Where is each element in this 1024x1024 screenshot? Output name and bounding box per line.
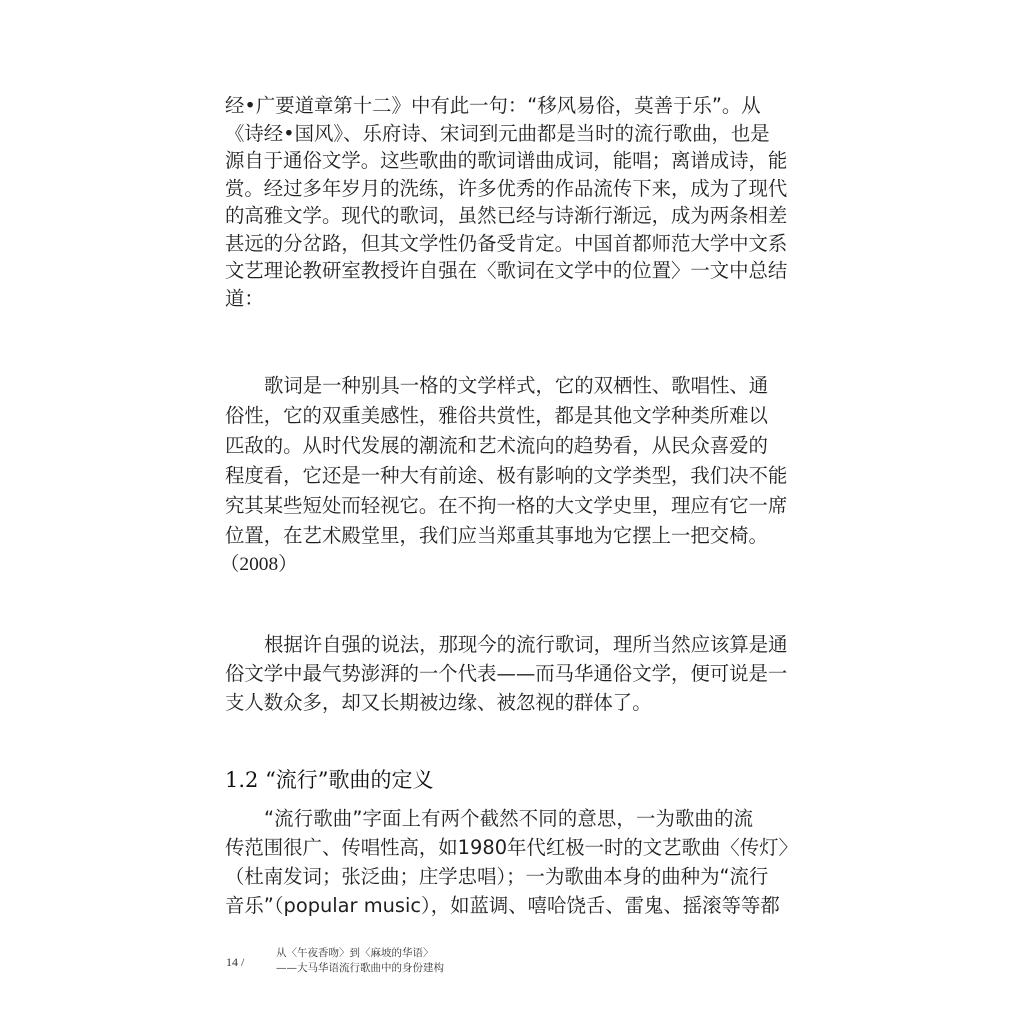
text-line: 根据许自强的说法，那现今的流行歌词，理所当然应该算是通	[225, 631, 753, 659]
page-number: 14 /	[226, 955, 244, 970]
text-line: 俗文学中最气势澎湃的一个代表——而马华通俗文学，便可说是一	[225, 660, 753, 688]
quote-line: 位置，在艺术殿堂里，我们应当郑重其事地为它摆上一把交椅。	[225, 522, 753, 550]
quote-line: 匹敌的。从时代发展的潮流和艺术流向的趋势看，从民众喜爱的	[225, 432, 753, 460]
text-line: 赏。经过多年岁月的洗练，许多优秀的作品流传下来，成为了现代	[225, 175, 753, 203]
quote-line: 歌词是一种别具一格的文学样式，它的双栖性、歌唱性、通	[225, 372, 753, 400]
text-line: 甚远的分岔路，但其文学性仍备受肯定。中国首都师范大学中文系	[225, 230, 753, 258]
text-line: 《诗经•国风》、乐府诗、宋词到元曲都是当时的流行歌曲，也是	[225, 120, 753, 148]
text-line: 的高雅文学。现代的歌词，虽然已经与诗渐行渐远，成为两条相差	[225, 202, 753, 230]
text-line: （杜南发词；张泛曲；庄学忠唱）；一为歌曲本身的曲种为“流行	[225, 863, 753, 891]
quote-line: 程度看，它还是一种大有前途、极有影响的文学类型，我们决不能	[225, 462, 753, 490]
text-line: 经•广要道章第十二》中有此一句：“移风易俗，莫善于乐”。从	[225, 92, 753, 120]
book-title-line-1: 从〈午夜香吻〉到〈麻坡的华语〉	[276, 946, 434, 960]
quote-line: 俗性，它的双重美感性，雅俗共赏性，都是其他文学种类所难以	[225, 402, 753, 430]
document-page: 经•广要道章第十二》中有此一句：“移风易俗，莫善于乐”。从 《诗经•国风》、乐府…	[0, 0, 1024, 1024]
text-line: 音乐”（popular music），如蓝调、嘻哈饶舌、雷鬼、摇滚等等都	[225, 892, 753, 920]
quote-line: 究其某些短处而轻视它。在不拘一格的大文学史里，理应有它一席	[225, 492, 753, 520]
section-heading: 1.2 “流行”歌曲的定义	[225, 765, 434, 795]
text-line: 文艺理论教研室教授许自强在〈歌词在文学中的位置〉一文中总结	[225, 257, 753, 285]
quote-citation: （2008）	[220, 551, 748, 579]
text-line: 源自于通俗文学。这些歌曲的歌词谱曲成词，能唱；离谱成诗，能	[225, 147, 753, 175]
book-title-line-2: ——大马华语流行歌曲中的身份建构	[276, 961, 444, 975]
text-line: 道：	[225, 285, 753, 313]
text-line: “流行歌曲”字面上有两个截然不同的意思，一为歌曲的流	[225, 805, 753, 833]
text-line: 传范围很广、传唱性高，如1980年代红极一时的文艺歌曲〈传灯〉	[225, 834, 753, 862]
text-line: 支人数众多，却又长期被边缘、被忽视的群体了。	[225, 689, 753, 717]
